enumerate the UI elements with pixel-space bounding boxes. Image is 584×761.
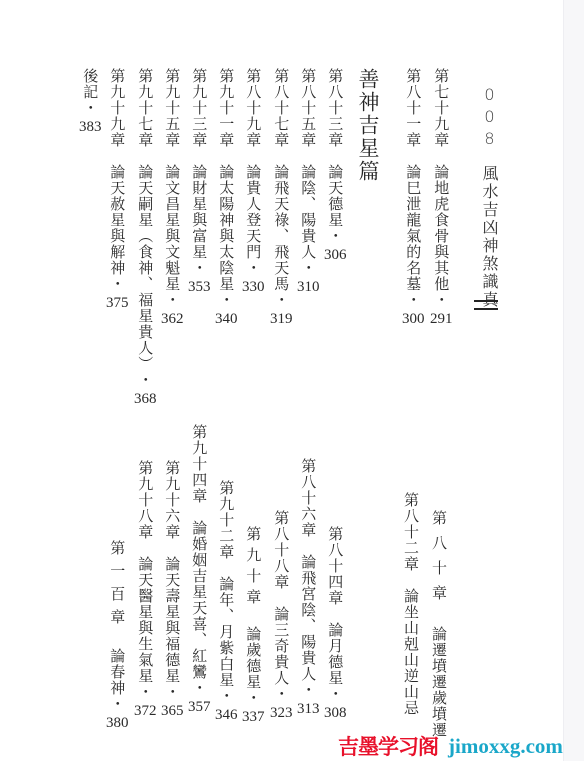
toc-entry[interactable]: 第八十章論遷墳遷歲墳遷 <box>430 510 448 738</box>
toc-entry[interactable]: 第九十九章論天赦星與解神・375 <box>106 68 129 312</box>
toc-entry[interactable]: 第九十五章論文昌星與文魁星・362 <box>161 68 184 328</box>
watermark-url: jimoxxg.com <box>448 734 563 759</box>
toc-entry[interactable]: 第九十六章論天壽星與福德星・365 <box>161 460 184 720</box>
toc-entry[interactable]: 第八十五章論陰、陽貴人・310 <box>297 68 320 296</box>
toc-entry[interactable]: 第九十章論歲德星・337 <box>242 526 265 726</box>
toc-entry-afterword[interactable]: 後記・383 <box>79 68 102 136</box>
section-title: 善神吉星篇 <box>356 68 380 183</box>
toc-entry[interactable]: 第九十二章論年、月紫白星・346 <box>215 480 238 724</box>
toc-entry[interactable]: 第七十九章論地虎食骨與其他・291 <box>430 68 453 328</box>
toc-entry[interactable]: 第九十八章論天醫星與生氣星・372 <box>134 460 157 720</box>
toc-entry[interactable]: 第九十七章論天嗣星（食神、福星貴人）・368 <box>134 68 157 408</box>
watermark: 吉墨学习阁 jimoxxg.com <box>338 731 563 761</box>
toc-entry[interactable]: 第八十一章論巳泄龍氣的名墓・300 <box>402 68 425 328</box>
header-double-rule <box>474 300 498 310</box>
running-header: 008風水吉凶神煞識真 <box>478 85 501 309</box>
toc-entry[interactable]: 第一百章論春神・380 <box>106 540 129 732</box>
toc-entry[interactable]: 第八十六章論飛宮陰、陽貴人・313 <box>297 458 320 718</box>
toc-entry[interactable]: 第九十三章論財星與富星・353 <box>188 68 211 296</box>
book-title: 風水吉凶神煞識真 <box>480 165 499 309</box>
toc-entry[interactable]: 第八十四章論月德星・308 <box>324 526 347 722</box>
toc-entry[interactable]: 第八十九章論貴人登天門・330 <box>242 68 265 296</box>
toc-entry[interactable]: 第八十八章論三奇貴人・323 <box>270 510 293 722</box>
toc-entry[interactable]: 第九十一章論太陽神與太陰星・340 <box>215 68 238 328</box>
page-number: 008 <box>480 85 499 151</box>
page-edge <box>563 0 584 761</box>
toc-entry[interactable]: 第八十二章論坐山剋山逆山忌 <box>402 492 420 716</box>
toc-entry[interactable]: 第八十七章論飛天祿、飛天馬・319 <box>270 68 293 328</box>
watermark-logo-text: 吉墨学习阁 <box>338 731 438 761</box>
toc-entry[interactable]: 第九十四章論婚姻吉星天喜、紅鸞・357 <box>188 424 211 716</box>
toc-entry[interactable]: 第八十三章論天德星・306 <box>324 68 347 264</box>
